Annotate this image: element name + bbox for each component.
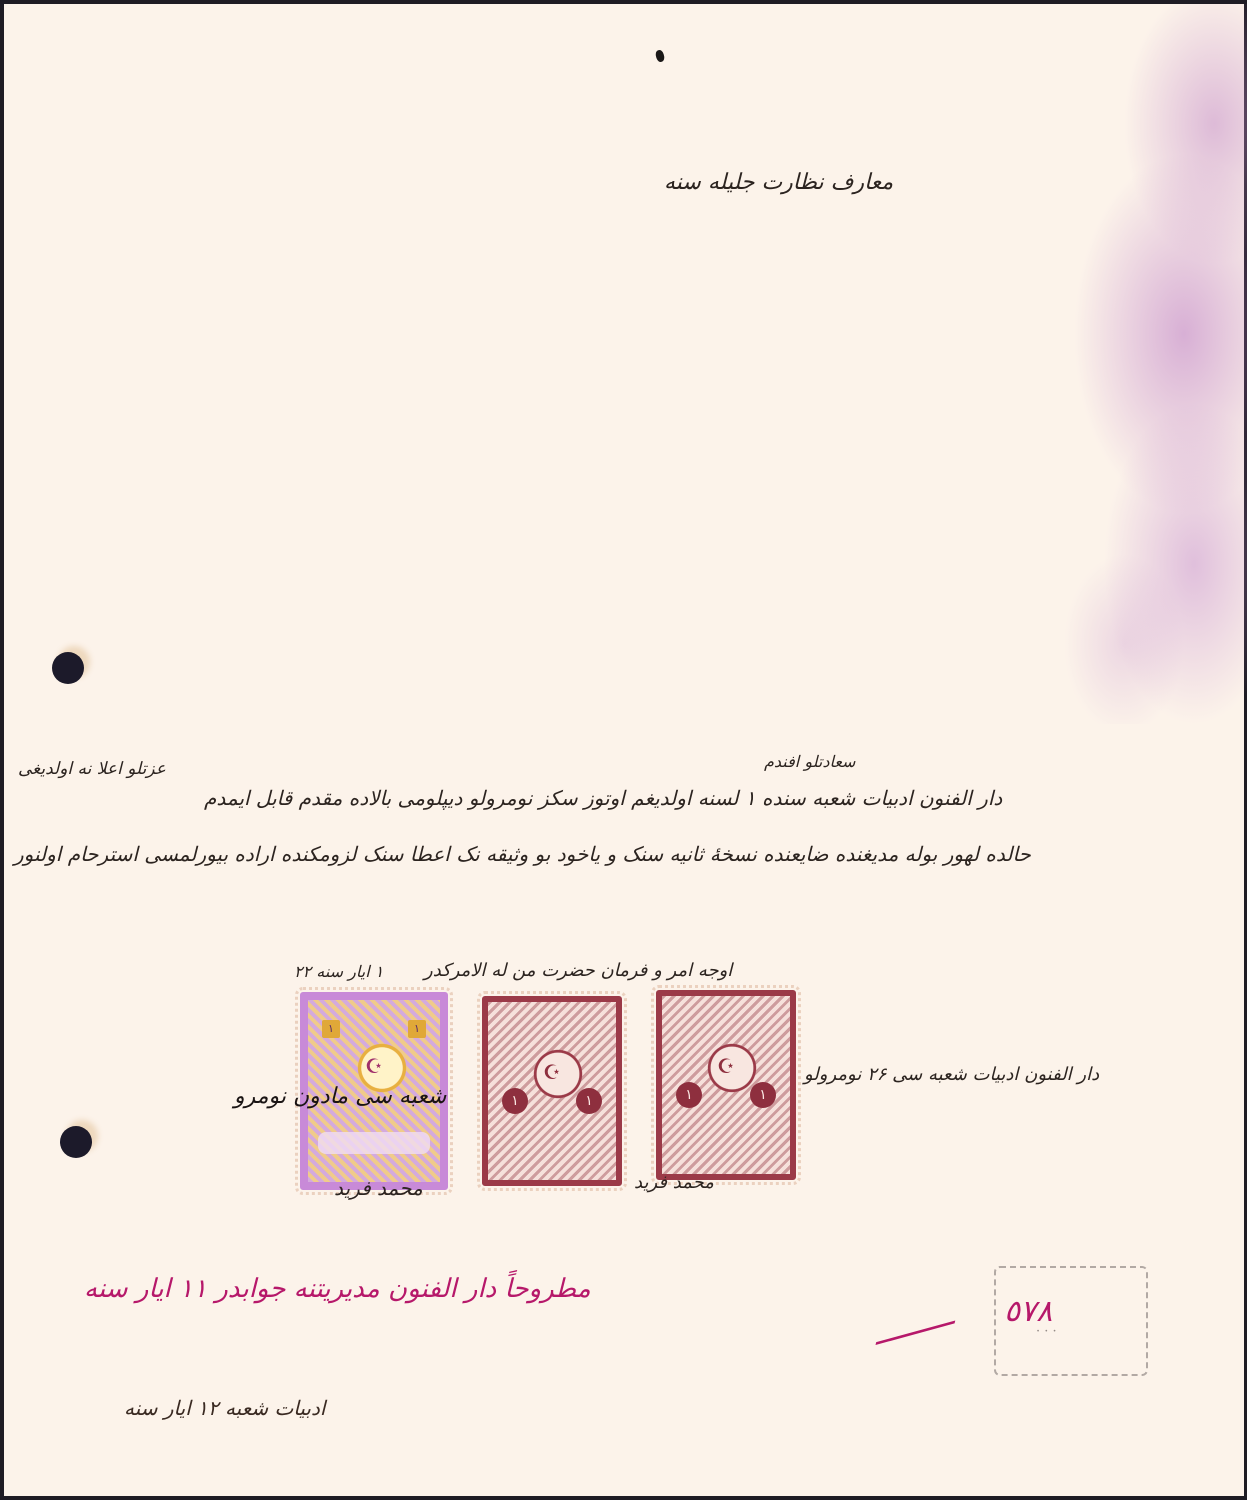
denomination: ١: [322, 1020, 340, 1038]
red-ink-flourish: [876, 1292, 963, 1345]
punch-hole: [60, 1126, 92, 1158]
salutation: سعادتلو افندم: [764, 752, 855, 771]
denomination: ١: [576, 1088, 602, 1114]
denomination: ١: [502, 1088, 528, 1114]
document-page: معارف نظارت جلیله سنه سعادتلو افندم عزتل…: [4, 4, 1244, 1496]
bottom-annotation: ادبیات شعبه ۱۲ ایار سنه: [124, 1396, 325, 1420]
body-line-2: حالده لهور بوله مدیغنده ضایعنده نسخهٔ ثا…: [14, 842, 1031, 866]
box-stamp-text: · · ·: [1036, 1324, 1057, 1339]
date-line: ۱ ایار سنه ۲۲: [294, 962, 383, 981]
signature-right: محمد فرید: [634, 1172, 714, 1193]
tughra-icon: ☪: [717, 1054, 735, 1078]
faded-box-stamp: · · ·: [994, 1266, 1148, 1376]
stamp-annotation: دار الفنون ادبیات شعبه سی ۲۶ نومرولو: [804, 1064, 1099, 1085]
revenue-stamp-maroon: ١ ١ ☪: [656, 990, 796, 1180]
purple-ink-stain: [1064, 4, 1247, 724]
denomination: ١: [750, 1082, 776, 1108]
tughra-icon: ☪: [365, 1054, 383, 1078]
stamp-cancellation: شعبه سی مادون نومرو: [234, 1084, 446, 1109]
punch-hole: [52, 652, 84, 684]
body-line-1: دار الفنون ادبیات شعبه سنده ۱ لسنه اولدی…: [204, 786, 1002, 810]
document-heading: معارف نظارت جلیله سنه: [664, 170, 893, 195]
signature-left: محمد فرید: [334, 1176, 423, 1200]
denomination: ١: [408, 1020, 426, 1038]
page-marker: [654, 49, 666, 63]
revenue-stamp-maroon: ١ ١ ☪: [482, 996, 622, 1186]
stamp-label: [318, 1132, 430, 1154]
body-line-3: اوجه امر و فرمان حضرت من له الامرکدر: [424, 960, 732, 981]
margin-note: عزتلو اعلا نه اولدیغی: [18, 759, 166, 779]
tughra-icon: ☪: [543, 1060, 561, 1084]
denomination: ١: [676, 1082, 702, 1108]
red-ink-annotation: مطروحاً دار الفنون مدیریتنه جوابدر ۱۱ ای…: [84, 1274, 591, 1304]
